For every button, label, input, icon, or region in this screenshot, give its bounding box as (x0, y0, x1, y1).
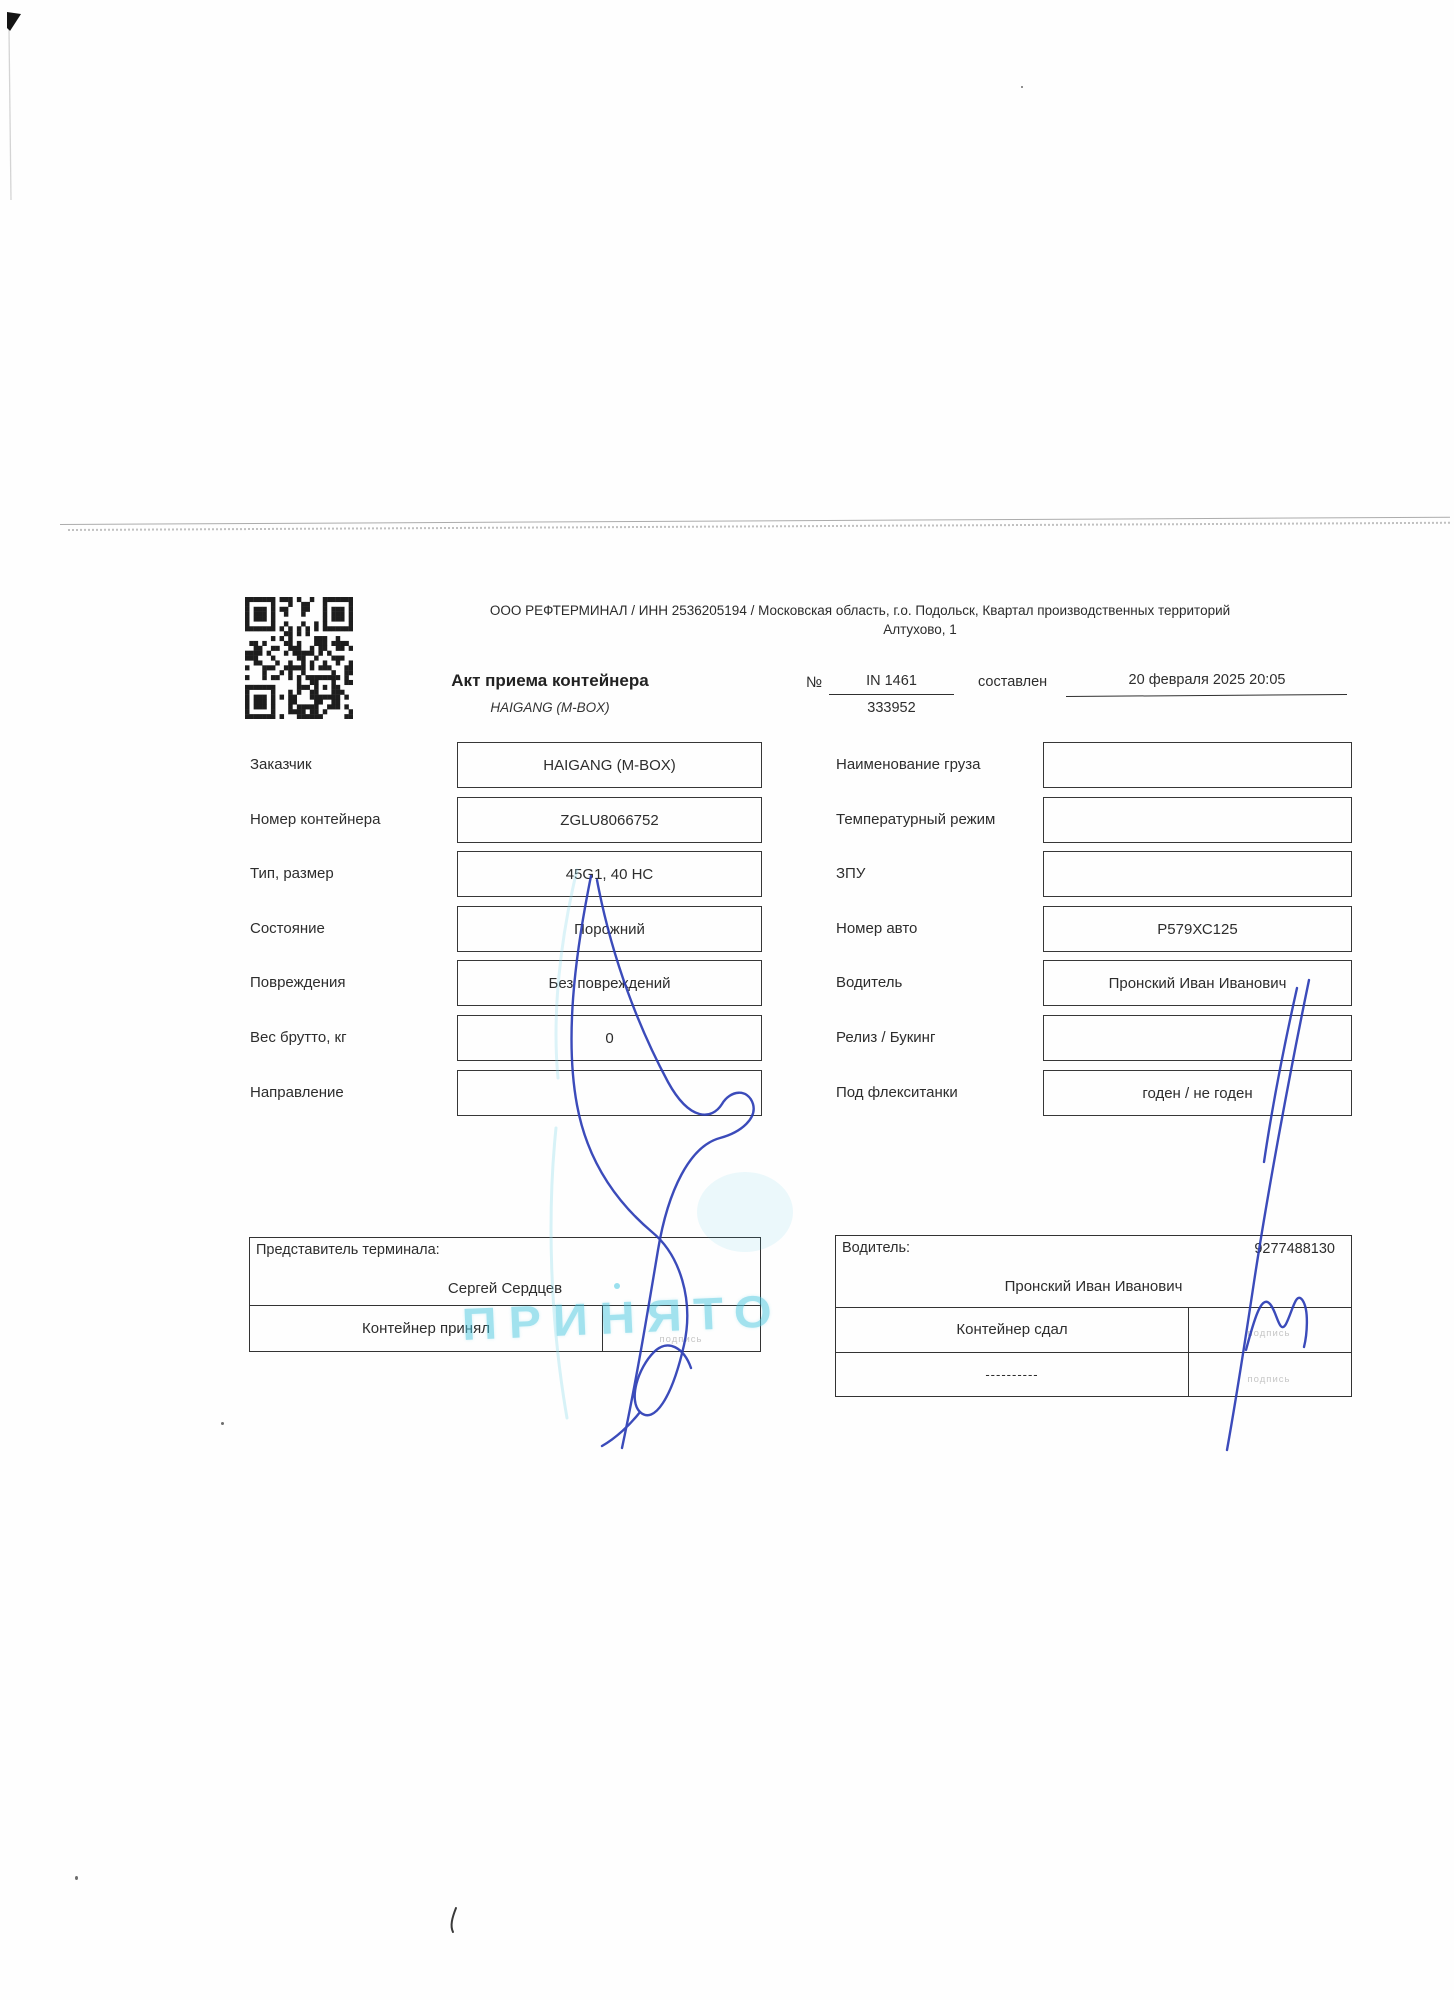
field-box-gross-weight: 0 (457, 1015, 762, 1061)
field-box-direction (457, 1070, 762, 1116)
field-box-damages: Без повреждений (457, 960, 762, 1006)
dust-speck-3 (1021, 86, 1023, 88)
driver-name: Пронский Иван Иванович (836, 1278, 1351, 1295)
field-label-driver: Водитель (836, 974, 902, 991)
field-label-truck-number: Номер авто (836, 920, 917, 937)
field-value-truck-number: Р579ХС125 (1157, 921, 1237, 938)
driver-signature-hint-1: подпись (1188, 1328, 1350, 1339)
org-header-address: Алтухово, 1 (360, 622, 1454, 637)
driver-block-title: Водитель: (842, 1240, 910, 1256)
terminal-block-title: Представитель терминала: (256, 1242, 440, 1258)
field-box-type-size: 45G1, 40 HC (457, 851, 762, 897)
field-label-release-booking: Релиз / Букинг (836, 1029, 935, 1046)
field-box-seal (1043, 851, 1352, 897)
field-box-condition: Порожний (457, 906, 762, 952)
document-title: Акт приема контейнера (415, 671, 685, 691)
field-value-customer: HAIGANG (M-BOX) (543, 757, 676, 774)
field-label-cargo-name: Наименование груза (836, 756, 981, 773)
driver-dashes: ---------- (985, 1367, 1038, 1382)
qr-code (245, 597, 353, 719)
scanned-document-page: ООО РЕФТЕРМИНАЛ / ИНН 2536205194 / Моско… (0, 0, 1454, 2000)
document-subtitle: HAIGANG (M-BOX) (415, 700, 685, 715)
driver-signature-hint-2: подпись (1188, 1374, 1350, 1385)
field-value-container-number: ZGLU8066752 (560, 812, 658, 829)
field-label-damages: Повреждения (250, 974, 346, 991)
field-box-driver: Пронский Иван Иванович (1043, 960, 1352, 1006)
document-number: IN 1461 (831, 673, 952, 689)
field-value-driver: Пронский Иван Иванович (1109, 975, 1287, 992)
composed-datetime-underline (1066, 694, 1347, 697)
field-box-temperature-mode (1043, 797, 1352, 843)
field-label-direction: Направление (250, 1084, 344, 1101)
field-label-flexitank: Под флекситанки (836, 1084, 958, 1101)
field-box-customer: HAIGANG (M-BOX) (457, 742, 762, 788)
dust-speck-2 (75, 1876, 78, 1880)
document-number-underline (829, 694, 954, 695)
org-header-line: ООО РЕФТЕРМИНАЛ / ИНН 2536205194 / Моско… (360, 601, 1360, 620)
field-value-gross-weight: 0 (605, 1030, 613, 1047)
field-box-cargo-name (1043, 742, 1352, 788)
driver-phone: 9277488130 (1254, 1241, 1335, 1257)
driver-dashes-cell: ---------- (836, 1352, 1188, 1396)
field-label-condition: Состояние (250, 920, 325, 937)
document-number-sign: № (806, 674, 822, 691)
field-label-gross-weight: Вес брутто, кг (250, 1029, 347, 1046)
field-box-container-number: ZGLU8066752 (457, 797, 762, 843)
field-label-customer: Заказчик (250, 756, 312, 773)
document-number-secondary: 333952 (831, 700, 952, 716)
field-value-flexitank: годен / не годен (1142, 1085, 1252, 1102)
field-label-seal: ЗПУ (836, 865, 865, 882)
field-value-damages: Без повреждений (548, 975, 670, 992)
field-box-flexitank: годен / не годен (1043, 1070, 1352, 1116)
field-value-condition: Порожний (574, 921, 645, 938)
field-box-truck-number: Р579ХС125 (1043, 906, 1352, 952)
driver-action-label: Контейнер сдал (956, 1321, 1067, 1338)
field-label-type-size: Тип, размер (250, 865, 334, 882)
field-value-type-size: 45G1, 40 HC (566, 866, 654, 883)
field-label-container-number: Номер контейнера (250, 811, 380, 828)
pen-speck (452, 1908, 456, 1932)
field-box-release-booking (1043, 1015, 1352, 1061)
driver-signature-block: Водитель: 9277488130 Пронский Иван Ивано… (835, 1235, 1352, 1397)
field-label-temperature-mode: Температурный режим (836, 811, 995, 828)
driver-action-cell: Контейнер сдал (836, 1307, 1188, 1352)
composed-label: составлен (978, 674, 1047, 690)
scan-corner-artifact (0, 0, 40, 220)
composed-datetime: 20 февраля 2025 20:05 (1068, 672, 1346, 688)
dust-speck-1 (221, 1422, 224, 1425)
